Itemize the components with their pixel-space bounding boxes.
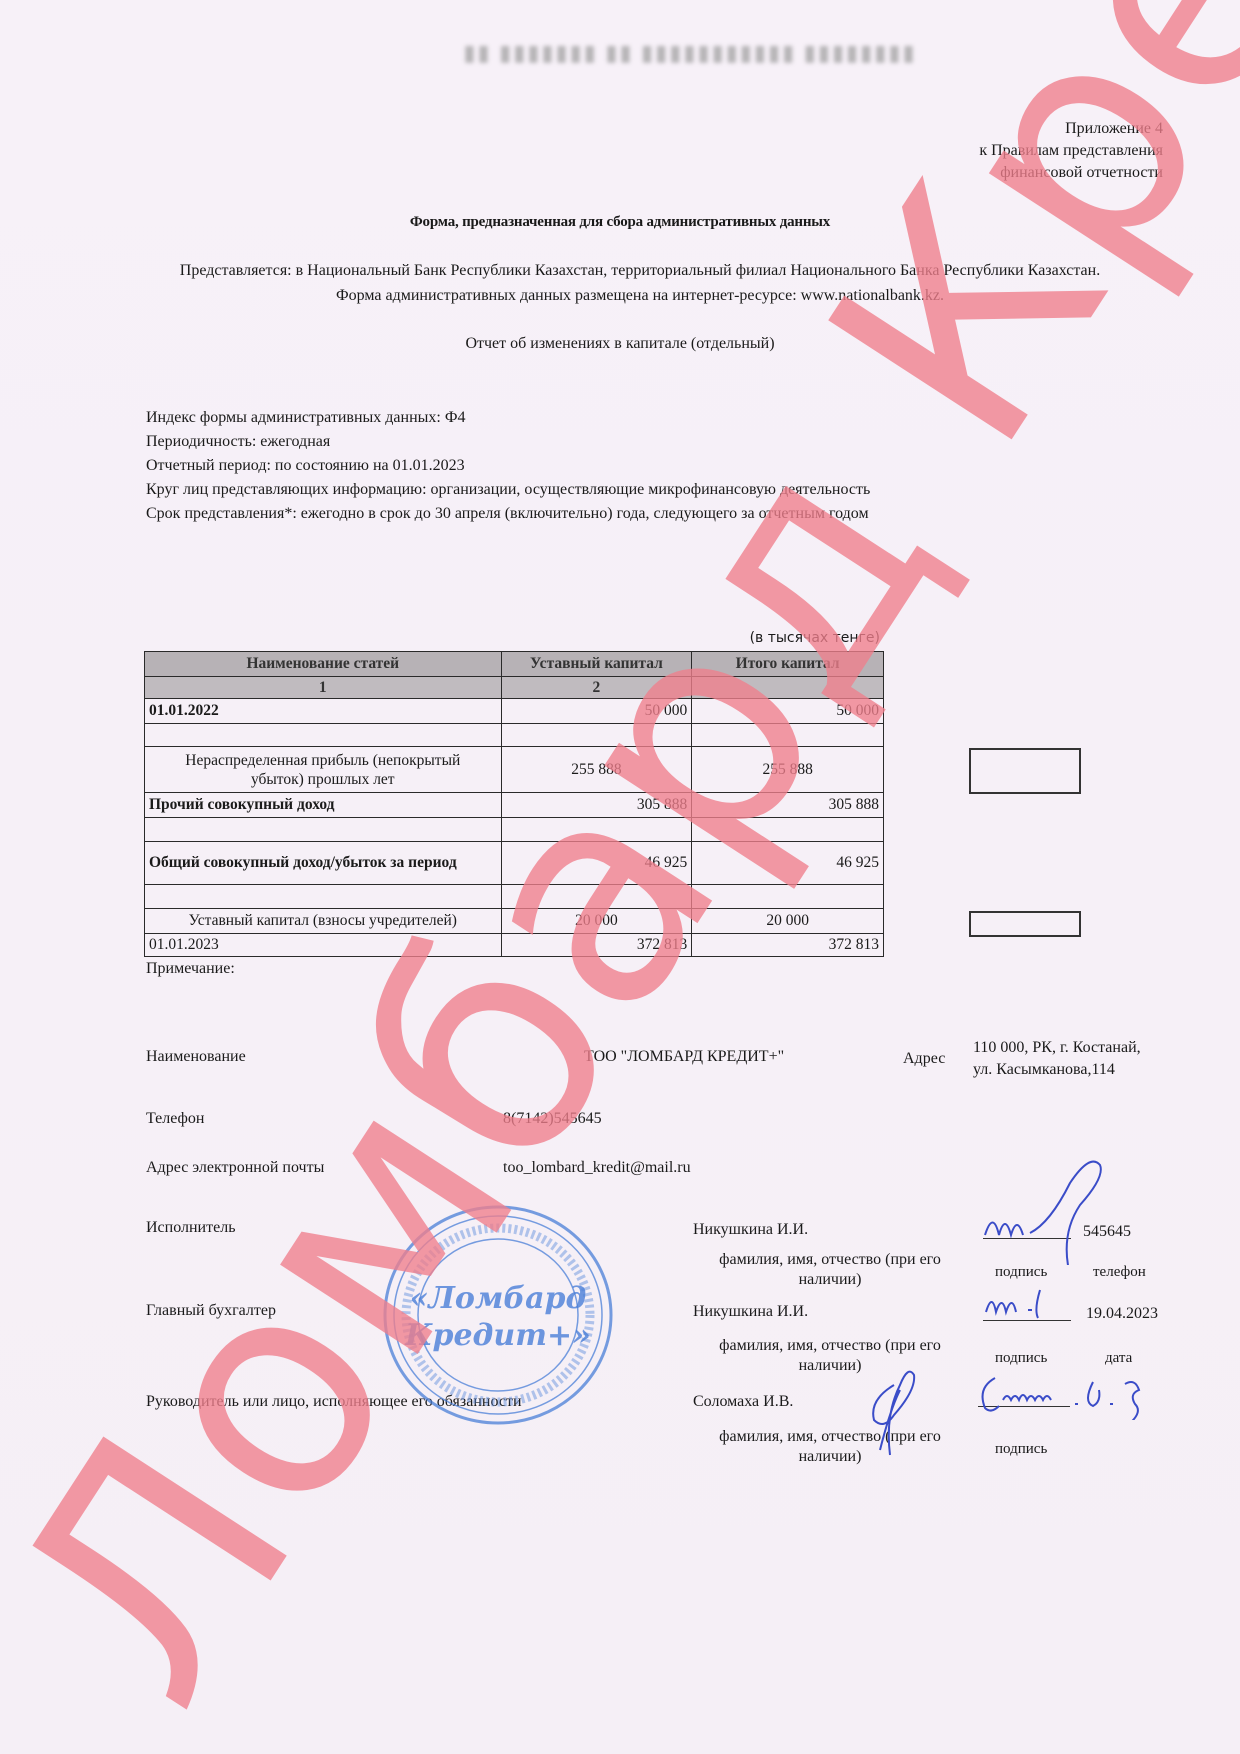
table-row: Нераспределенная прибыль (непокрытый убы… [145,747,884,793]
fio-caption-line-2: наличии) [700,1356,960,1376]
side-box-1 [969,748,1081,794]
charter-capital-value: 305 888 [501,793,692,818]
total-capital-value: 20 000 [692,909,884,934]
column-number: 1 [145,677,502,699]
document-page: ▮▮ ▮▮▮▮▮▮▮ ▮▮ ▮▮▮▮▮▮▮▮▮▮▮ ▮▮▮▮▮▮▮▮ Прило… [0,0,1240,1754]
charter-capital-value [501,885,692,909]
fio-caption-line-1: фамилия, имя, отчество (при его [700,1336,960,1356]
charter-capital-value [501,724,692,747]
accountant-date-caption: дата [1105,1349,1132,1368]
charter-capital-value: 372 813 [501,934,692,957]
blurred-header-imprint: ▮▮ ▮▮▮▮▮▮▮ ▮▮ ▮▮▮▮▮▮▮▮▮▮▮ ▮▮▮▮▮▮▮▮ [330,40,1050,84]
executor-name: Никушкина И.И. [693,1220,808,1240]
form-index: Индекс формы административных данных: Ф4 [146,408,1046,432]
row-label: Прочий совокупный доход [145,793,502,818]
total-capital-value: 372 813 [692,934,884,957]
phone-value: 8(7142)545645 [503,1109,602,1129]
email-value: too_lombard_kredit@mail.ru [503,1158,691,1178]
stamp-line-1: «Ломбард [410,1281,587,1316]
table-row: 01.01.2022 50 000 50 000 [145,699,884,724]
executor-signature-icon [975,1155,1145,1265]
executor-role: Исполнитель [146,1218,236,1238]
head-sign-caption: подпись [995,1440,1047,1459]
org-name-label: Наименование [146,1047,246,1067]
total-capital-value [692,818,884,842]
row-label: 01.01.2023 [145,934,502,957]
appendix-line-1: Приложение 4 [800,119,1163,139]
charter-capital-value: 50 000 [501,699,692,724]
report-title: Отчет об изменениях в капитале (отдельны… [0,334,1240,354]
executor-phone-caption: телефон [1093,1263,1146,1282]
executor-phone: 545645 [1083,1222,1131,1242]
reporting-period: Отчетный период: по состоянию на 01.01.2… [146,456,1046,480]
head-name: Соломаха И.В. [693,1392,793,1412]
address-line-1: 110 000, РК, г. Костанай, [973,1038,1141,1058]
total-capital-value: 305 888 [692,793,884,818]
phone-label: Телефон [146,1109,204,1129]
total-capital-value: 50 000 [692,699,884,724]
charter-capital-value: 255 888 [501,747,692,793]
accountant-name: Никушкина И.И. [693,1302,808,1322]
row-label [145,818,502,842]
charter-capital-value: 20 000 [501,909,692,934]
total-capital-value: 255 888 [692,747,884,793]
org-name-value: ТОО "ЛОМБАРД КРЕДИТ+" [584,1047,784,1067]
row-label [145,724,502,747]
units-label: (в тысячах тенге) [640,630,880,646]
address-line-2: ул. Касымканова,114 [973,1060,1141,1080]
header-cell: Уставный капитал [501,652,692,677]
accountant-sign-caption: подпись [995,1349,1047,1368]
accountant-date: 19.04.2023 [1086,1304,1158,1324]
head-signature-icon [975,1370,1155,1420]
row-label: Уставный капитал (взносы учредителей) [145,909,502,934]
form-title: Форма, предназначенная для сбора админис… [0,213,1240,232]
row-label [145,885,502,909]
executor-fio-caption: фамилия, имя, отчество (при его наличии) [700,1250,960,1290]
accountant-signature-icon [978,1280,1068,1320]
fio-caption-line-2: наличии) [700,1270,960,1290]
stamp-line-2: Кредит+» [404,1318,591,1353]
row-label: 01.01.2022 [145,699,502,724]
accountant-role: Главный бухгалтер [146,1301,276,1321]
table-row: Прочий совокупный доход 305 888 305 888 [145,793,884,818]
executor-sign-caption: подпись [995,1263,1047,1282]
submitted-to: Представляется: в Национальный Банк Респ… [140,261,1140,281]
deadline: Срок представления*: ежегодно в срок до … [146,504,1046,528]
table-header-row: Наименование статей Уставный капитал Ито… [145,652,884,677]
periodicity: Периодичность: ежегодная [146,432,1046,456]
column-number-row: 1 2 [145,677,884,699]
total-capital-value [692,724,884,747]
table-row: Уставный капитал (взносы учредителей) 20… [145,909,884,934]
fio-caption-line-1: фамилия, имя, отчество (при его [700,1250,960,1270]
company-seal-stamp: «Ломбард Кредит+» [378,1200,618,1430]
head-fio-caption: фамилия, имя, отчество (при его наличии) [700,1427,960,1467]
total-capital-value: 46 925 [692,842,884,885]
table-row [145,724,884,747]
table-row [145,818,884,842]
appendix-block: Приложение 4 к Правилам представления фи… [800,119,1163,183]
row-label: Общий совокупный доход/убыток за период [145,842,502,885]
table-row: Общий совокупный доход/убыток за период … [145,842,884,885]
charter-capital-value: 46 925 [501,842,692,885]
side-box-2 [969,911,1081,937]
column-number [692,677,884,699]
posted-at: Форма административных данных размещена … [140,286,1140,306]
accountant-fio-caption: фамилия, имя, отчество (при его наличии) [700,1336,960,1376]
header-cell: Итого капитал [692,652,884,677]
executor-signature-line [983,1238,1071,1239]
row-label: Нераспределенная прибыль (непокрытый убы… [145,747,502,793]
head-signature-line [978,1406,1070,1407]
capital-changes-table: Наименование статей Уставный капитал Ито… [144,651,884,957]
table-row [145,885,884,909]
appendix-line-2: к Правилам представления [800,141,1163,161]
accountant-signature-line [983,1320,1071,1321]
appendix-line-3: финансовой отчетности [800,163,1163,183]
fio-caption-line-1: фамилия, имя, отчество (при его [700,1427,960,1447]
table-row: 01.01.2023 372 813 372 813 [145,934,884,957]
charter-capital-value [501,818,692,842]
address-label: Адрес [903,1049,945,1069]
address-value: 110 000, РК, г. Костанай, ул. Касымканов… [973,1038,1141,1080]
respondents: Круг лиц представляющих информацию: орга… [146,480,1046,504]
note-label: Примечание: [146,959,235,979]
total-capital-value [692,885,884,909]
column-number: 2 [501,677,692,699]
email-label: Адрес электронной почты [146,1158,324,1178]
meta-block: Индекс формы административных данных: Ф4… [146,408,1046,528]
fio-caption-line-2: наличии) [700,1447,960,1467]
header-cell: Наименование статей [145,652,502,677]
